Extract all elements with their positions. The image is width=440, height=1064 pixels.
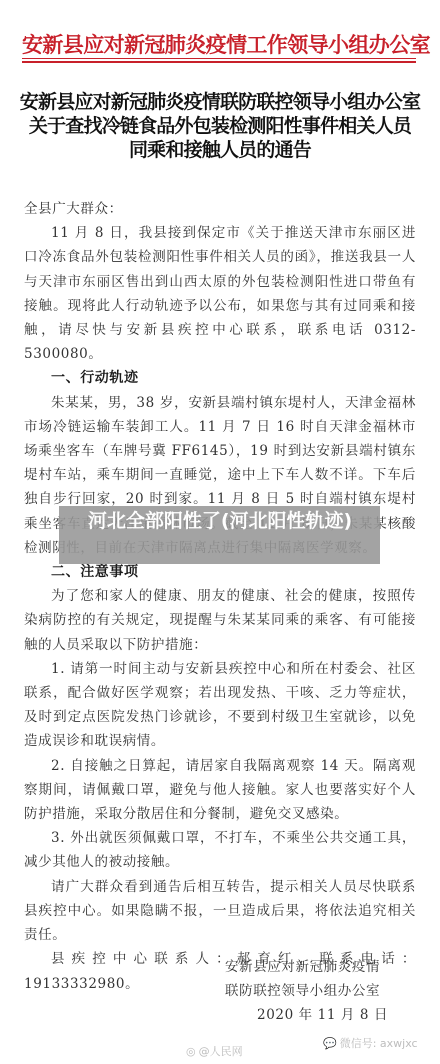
title-line-1: 安新县应对新冠肺炎疫情联防联控领导小组办公室: [16, 90, 424, 114]
measure-item: 2. 自接触之日算起，请居家自我隔离观察 14 天。隔离观察期间，请佩戴口罩，避…: [24, 754, 416, 827]
wechat-watermark: 💬微信号: axwjxc: [323, 1035, 418, 1051]
intro-paragraph: 11 月 8 日，我县接到保定市《关于推送天津市东丽区进口冷冻食品外包装检测阳性…: [24, 221, 416, 366]
header-rule-thin: [22, 58, 416, 59]
header-rule-thick: [22, 61, 416, 63]
document-body: 全县广大群众： 11 月 8 日，我县接到保定市《关于推送天津市东丽区进口冷冻食…: [24, 197, 416, 996]
issuing-office-header: 安新县应对新冠肺炎疫情工作领导小组办公室: [22, 32, 416, 58]
measure-item: 3. 外出就医须佩戴口罩，不打车，不乘坐公共交通工具，减少其他人的被动接触。: [24, 826, 416, 874]
signature-date: 2020 年 11 月 8 日: [225, 1003, 425, 1027]
weibo-watermark-text: @人民网: [199, 1045, 243, 1058]
section-heading-itinerary: 一、行动轨迹: [24, 366, 416, 390]
wechat-watermark-text: 微信号: axwjxc: [340, 1037, 418, 1050]
notice-document: 安新县应对新冠肺炎疫情工作领导小组办公室 安新县应对新冠肺炎疫情联防联控领导小组…: [0, 0, 440, 1064]
weibo-icon: ◎: [186, 1045, 196, 1058]
document-title: 安新县应对新冠肺炎疫情联防联控领导小组办公室 关于查找冷链食品外包装检测阳性事件…: [16, 90, 424, 162]
salutation: 全县广大群众：: [24, 197, 416, 221]
measure-item: 1. 请第一时间主动与安新县疾控中心和所在村委会、社区联系，配合做好医学观察；若…: [24, 657, 416, 754]
signature-block: 安新县应对新冠肺炎疫情 联防联控领导小组办公室 2020 年 11 月 8 日: [225, 955, 425, 1027]
closing-paragraph: 请广大群众看到通告后相互转告，提示相关人员尽快联系县疾控中心。如果隐瞒不报，一旦…: [24, 875, 416, 948]
title-line-2: 关于查找冷链食品外包装检测阳性事件相关人员: [16, 114, 424, 138]
signature-line-2: 联防联控领导小组办公室: [225, 979, 425, 1003]
title-line-3: 同乘和接触人员的通告: [16, 138, 424, 162]
caption-overlay-text: 河北全部阳性了(河北阳性轨迹): [65, 508, 375, 534]
signature-line-1: 安新县应对新冠肺炎疫情: [225, 955, 425, 979]
weibo-watermark: ◎@人民网: [186, 1043, 243, 1059]
wechat-icon: 💬: [323, 1037, 337, 1050]
precautions-intro: 为了您和家人的健康、朋友的健康、社会的健康，按照传染病防控的有关规定，现提醒与朱…: [24, 584, 416, 657]
